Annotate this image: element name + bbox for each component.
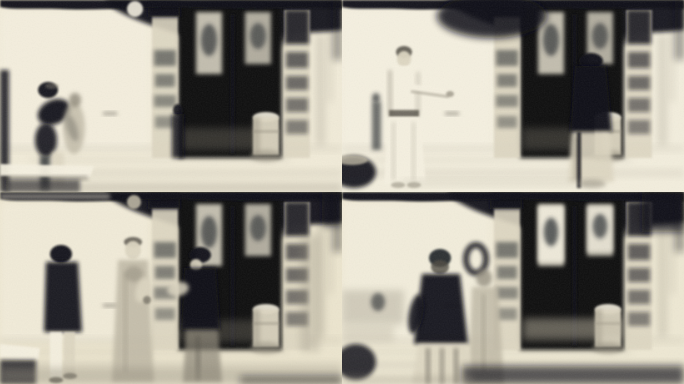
- frame-2-canvas: [342, 0, 684, 192]
- film-frame-4: [342, 192, 684, 384]
- frame-1-scene: [0, 0, 342, 192]
- film-frame-1: [0, 0, 342, 192]
- frame-2-scene: [342, 0, 684, 192]
- frame-3-scene: [0, 192, 342, 384]
- frame-1-canvas: [0, 0, 342, 192]
- film-grain-overlay: [0, 192, 342, 384]
- film-frame-2: [342, 0, 684, 192]
- film-still-grid[interactable]: [0, 0, 684, 384]
- frame-4-canvas: [342, 192, 684, 384]
- film-frame-3: [0, 192, 342, 384]
- film-grain-overlay: [342, 192, 684, 384]
- film-grain-overlay: [0, 0, 342, 192]
- film-grain-overlay: [342, 0, 684, 192]
- frame-4-scene: [342, 192, 684, 384]
- frame-3-canvas: [0, 192, 342, 384]
